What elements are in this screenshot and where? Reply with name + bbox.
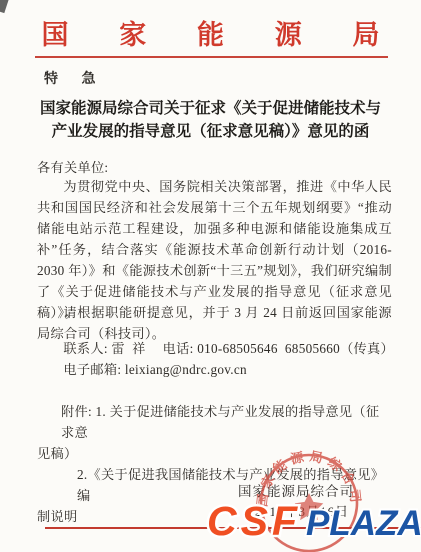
document-title-line2: 产业发展的指导意见（征求意见稿）》意见的函 (20, 120, 401, 143)
attachment-line-1: 附件: 1. 关于促进储能技术与产业发展的指导意见（征求意 (37, 401, 392, 443)
body-paragraph-1: 为贯彻党中央、国务院相关决策部署，推进《中华人民共和国国民经济和社会发展第十三个… (37, 176, 392, 323)
logo-csf-text: CSF (207, 498, 301, 544)
agency-letterhead: 国 家 能 源 局 (0, 13, 421, 52)
document-page: 国 家 能 源 局 特 急 国家能源局综合司关于征求《关于促进储能技术与 产业发… (0, 0, 421, 552)
salutation: 各有关单位: (37, 157, 392, 178)
scan-artifact (0, 0, 9, 13)
document-title-line1: 国家能源局综合司关于征求《关于促进储能技术与 (20, 97, 401, 120)
csfplaza-watermark-logo: CSF PLAZA (203, 496, 421, 544)
email-line: 电子邮箱: leixiang@ndrc.gov.cn (37, 359, 392, 380)
logo-plaza-text: PLAZA (306, 504, 421, 543)
document-title: 国家能源局综合司关于征求《关于促进储能技术与 产业发展的指导意见（征求意见稿）》… (20, 97, 401, 143)
urgency-label: 特 急 (44, 68, 106, 88)
letterhead-divider (35, 56, 388, 58)
contact-line: 联系人: 雷 祥 电话: 010-68505646 68505660（传真） (37, 338, 392, 359)
